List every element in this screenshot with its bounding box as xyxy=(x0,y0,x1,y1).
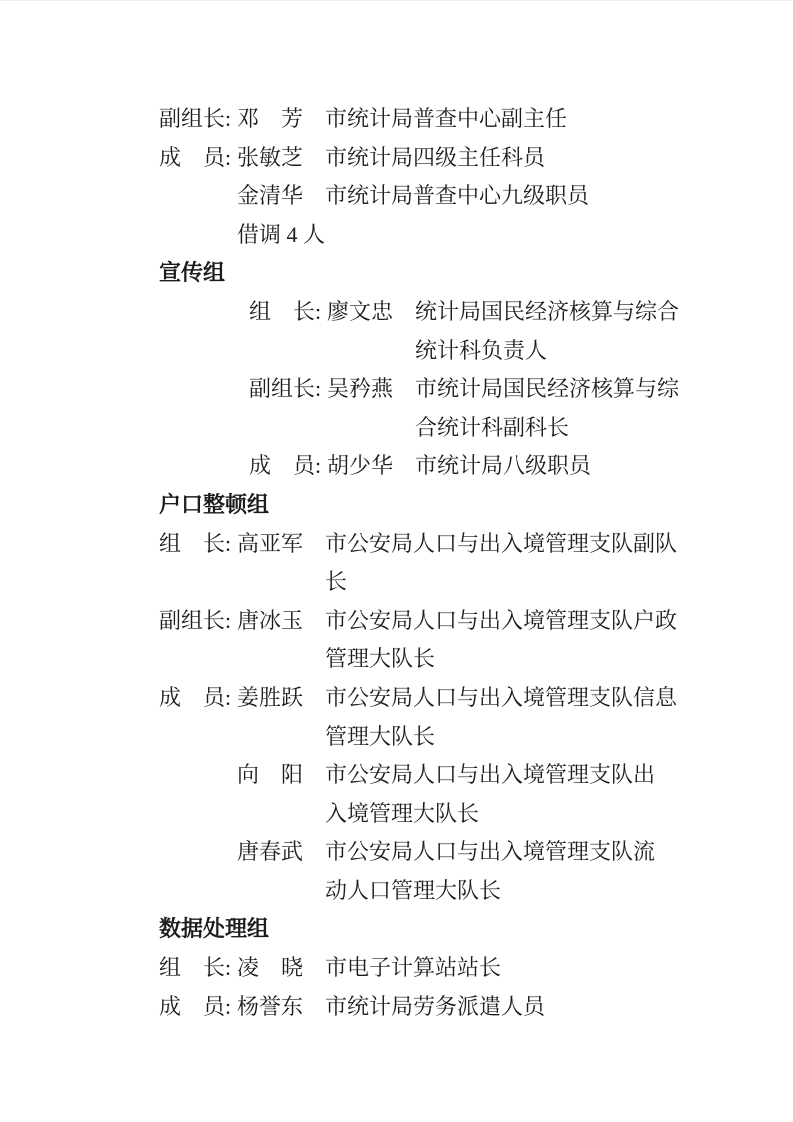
entry-role-label: 成 员: xyxy=(249,447,327,486)
entry-role-label: 成 员: xyxy=(159,679,237,718)
entry-description: 市统计局劳务派遣人员 xyxy=(325,988,719,1027)
entry-person-name: 金清华 xyxy=(237,177,325,216)
entry-description: 市公安局人口与出入境管理支队副队长 xyxy=(325,525,719,602)
entry-description: 市统计局八级职员 xyxy=(415,447,719,486)
entry-person-name: 杨誉东 xyxy=(237,988,325,1027)
entry-person-name: 胡少华 xyxy=(327,447,415,486)
entry-role-label: 组 长: xyxy=(159,949,237,988)
entry-row: 副组长:唐冰玉市公安局人口与出入境管理支队户政管理大队长 xyxy=(159,602,719,679)
description-line: 市统计局八级职员 xyxy=(415,447,719,486)
entry-description: 市公安局人口与出入境管理支队信息管理大队长 xyxy=(325,679,719,756)
description-line: 市公安局人口与出入境管理支队流 xyxy=(325,833,719,872)
section-heading: 户口整顿组 xyxy=(159,486,719,525)
entry-description: 市统计局普查中心九级职员 xyxy=(325,177,719,216)
entry-description: 市公安局人口与出入境管理支队流动人口管理大队长 xyxy=(325,833,719,910)
entry-description: 市公安局人口与出入境管理支队出入境管理大队长 xyxy=(325,756,719,833)
entry-role-label: 组 长: xyxy=(159,525,237,564)
section-heading: 宣传组 xyxy=(159,254,719,293)
entry-person-name: 廖文忠 xyxy=(327,293,415,332)
entry-row: 组 长:凌 晓市电子计算站站长 xyxy=(159,949,719,988)
section: 宣传组组 长:廖文忠统计局国民经济核算与综合统计科负责人副组长:吴矜燕市统计局国… xyxy=(159,254,719,486)
entry-role-label: 成 员: xyxy=(159,988,237,1027)
entry-role-label: 成 员: xyxy=(159,139,237,178)
description-line: 市统计局劳务派遣人员 xyxy=(325,988,719,1027)
description-line: 市电子计算站站长 xyxy=(325,949,719,988)
entry-description: 市统计局普查中心副主任 xyxy=(325,100,719,139)
entry-role-label: 组 长: xyxy=(249,293,327,332)
document-background: { "page": { "background": "#ffffff", "te… xyxy=(0,0,793,1122)
entry-row: 向 阳市公安局人口与出入境管理支队出入境管理大队长 xyxy=(159,756,719,833)
entry-row: 组 长:高亚军市公安局人口与出入境管理支队副队长 xyxy=(159,525,719,602)
entry-description: 市统计局四级主任科员 xyxy=(325,139,719,178)
entry-row: 成 员:杨誉东市统计局劳务派遣人员 xyxy=(159,988,719,1027)
entry-row: 组 长:廖文忠统计局国民经济核算与综合统计科负责人 xyxy=(249,293,719,370)
entry-description: 市统计局国民经济核算与综合统计科副科长 xyxy=(415,370,719,447)
description-line: 统计科负责人 xyxy=(415,332,719,371)
entry-person-name: 吴矜燕 xyxy=(327,370,415,409)
entry-person-name: 唐春武 xyxy=(237,833,325,872)
entry-role-label: 副组长: xyxy=(159,100,237,139)
entry-person-name: 唐冰玉 xyxy=(237,602,325,641)
description-line: 入境管理大队长 xyxy=(325,795,719,834)
entry-role-label: 副组长: xyxy=(249,370,327,409)
entry-role-label: 副组长: xyxy=(159,602,237,641)
description-line: 市统计局普查中心九级职员 xyxy=(325,177,719,216)
document-page: 副组长:邓 芳市统计局普查中心副主任成 员:张敏芝市统计局四级主任科员金清华市统… xyxy=(159,100,719,1026)
description-line: 统计局国民经济核算与综合 xyxy=(415,293,719,332)
description-line: 合统计科副科长 xyxy=(415,409,719,448)
entry-row: 成 员:姜胜跃市公安局人口与出入境管理支队信息管理大队长 xyxy=(159,679,719,756)
description-line: 市统计局国民经济核算与综 xyxy=(415,370,719,409)
entry-description: 市公安局人口与出入境管理支队户政管理大队长 xyxy=(325,602,719,679)
entry-row: 副组长:吴矜燕市统计局国民经济核算与综合统计科副科长 xyxy=(249,370,719,447)
entry-row: 唐春武市公安局人口与出入境管理支队流动人口管理大队长 xyxy=(159,833,719,910)
entry-row: 成 员:张敏芝市统计局四级主任科员 xyxy=(159,139,719,178)
page-top-edge xyxy=(0,0,793,1)
description-line: 市公安局人口与出入境管理支队户政 xyxy=(325,602,719,641)
description-line: 管理大队长 xyxy=(325,718,719,757)
entry-person-name: 高亚军 xyxy=(237,525,325,564)
section: 副组长:邓 芳市统计局普查中心副主任成 员:张敏芝市统计局四级主任科员金清华市统… xyxy=(159,100,719,254)
entry-person-name: 向 阳 xyxy=(237,756,325,795)
section: 户口整顿组组 长:高亚军市公安局人口与出入境管理支队副队长副组长:唐冰玉市公安局… xyxy=(159,486,719,911)
section: 数据处理组组 长:凌 晓市电子计算站站长成 员:杨誉东市统计局劳务派遣人员 xyxy=(159,910,719,1026)
description-line: 市公安局人口与出入境管理支队信息 xyxy=(325,679,719,718)
entry-row: 借调 4 人 xyxy=(159,216,719,255)
description-line: 动人口管理大队长 xyxy=(325,872,719,911)
entry-description: 统计局国民经济核算与综合统计科负责人 xyxy=(415,293,719,370)
description-line: 长 xyxy=(325,563,719,602)
entry-person-name: 姜胜跃 xyxy=(237,679,325,718)
description-line: 管理大队长 xyxy=(325,640,719,679)
description-line: 市统计局四级主任科员 xyxy=(325,139,719,178)
entry-row: 副组长:邓 芳市统计局普查中心副主任 xyxy=(159,100,719,139)
description-line: 市统计局普查中心副主任 xyxy=(325,100,719,139)
description-line: 市公安局人口与出入境管理支队出 xyxy=(325,756,719,795)
section-heading: 数据处理组 xyxy=(159,910,719,949)
entry-person-name: 凌 晓 xyxy=(237,949,325,988)
entry-person-name: 借调 4 人 xyxy=(237,216,325,255)
description-line: 市公安局人口与出入境管理支队副队 xyxy=(325,525,719,564)
entry-row: 金清华市统计局普查中心九级职员 xyxy=(159,177,719,216)
entry-description: 市电子计算站站长 xyxy=(325,949,719,988)
entry-person-name: 邓 芳 xyxy=(237,100,325,139)
entry-person-name: 张敏芝 xyxy=(237,139,325,178)
entry-row: 成 员:胡少华市统计局八级职员 xyxy=(249,447,719,486)
